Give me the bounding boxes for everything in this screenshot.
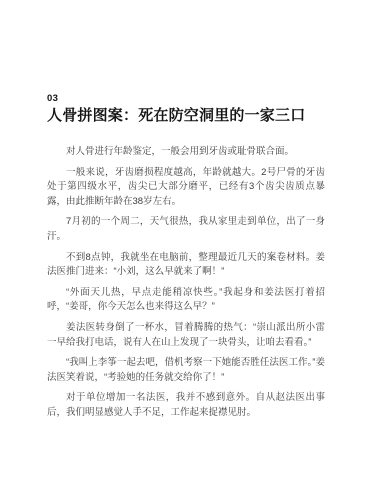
paragraph: 对于单位增加一名法医，我并不感到意外。自从赵法医出事后，我们明显感觉人手不足，工… xyxy=(47,391,325,420)
chapter-title: 人骨拼图案：死在防空洞里的一家三口 xyxy=(47,106,325,125)
paragraph: 姜法医转身倒了一杯水，冒着腾腾的热气：“崇山派出所小雷一早给我打电话，说有人在山… xyxy=(47,321,325,350)
paragraph: 一般来说，牙齿磨损程度越高，年龄就越大。2号尸骨的牙齿处于第四级水平，齿尖已大部… xyxy=(47,166,325,210)
chapter-content: 对人骨进行年龄鉴定，一般会用到牙齿或耻骨联合面。 一般来说，牙齿磨损程度越高，年… xyxy=(47,145,325,421)
paragraph: 7月初的一个周二，天气很热，我从家里走到单位，出了一身汗。 xyxy=(47,215,325,244)
chapter-number: 03 xyxy=(47,93,325,105)
paragraph: 对人骨进行年龄鉴定，一般会用到牙齿或耻骨联合面。 xyxy=(47,145,325,160)
reader-page: 03 人骨拼图案：死在防空洞里的一家三口 对人骨进行年龄鉴定，一般会用到牙齿或耻… xyxy=(0,0,370,480)
paragraph: “外面天儿热，早点走能稍凉快些。”我起身和姜法医打着招呼，“姜哥，你今天怎么也来… xyxy=(47,286,325,315)
paragraph: 不到8点钟，我就坐在电脑前，整理最近几天的案卷材料。姜法医推门进来：“小刘，这么… xyxy=(47,251,325,280)
paragraph: “我叫上李筝一起去吧，借机考察一下她能否胜任法医工作。”姜法医笑着说，“考验她的… xyxy=(47,356,325,385)
